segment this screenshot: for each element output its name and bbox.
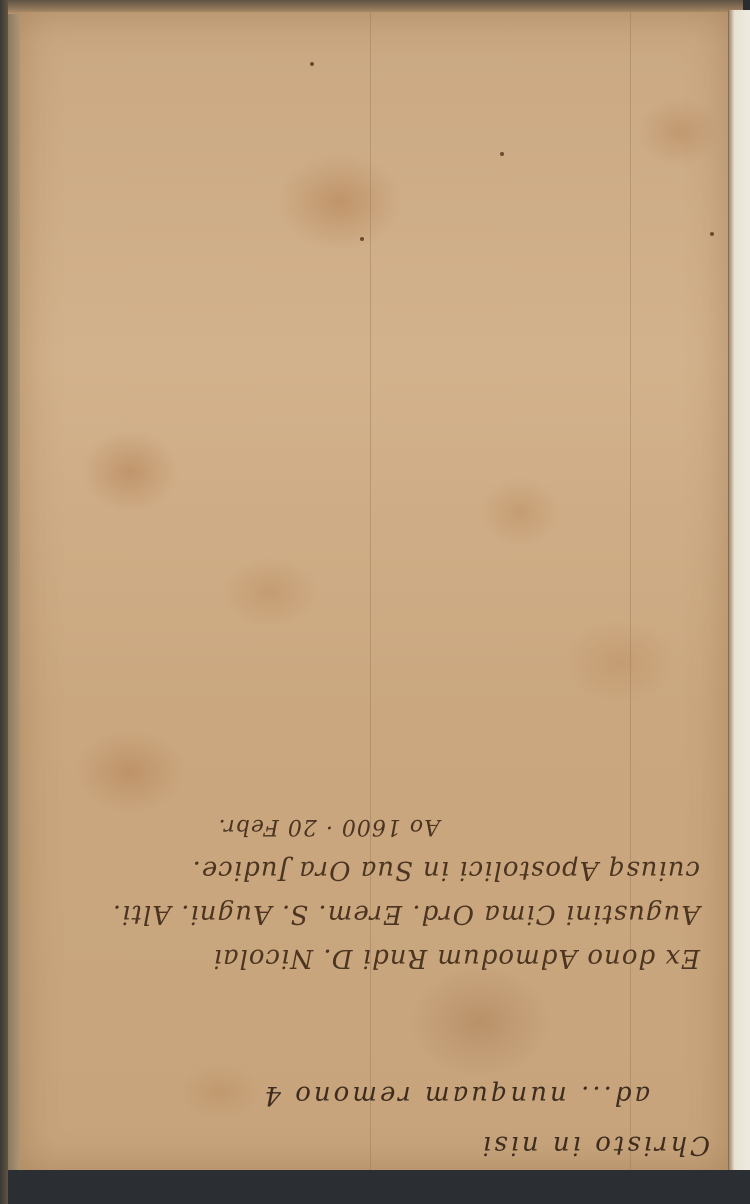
- inscription-line: Augustini Cima Ord. Erem. S. Augni. Alti…: [40, 892, 700, 936]
- inscription-date: Ao 1600 · 20 Febr.: [40, 804, 700, 848]
- manuscript-page: [20, 12, 728, 1172]
- ink-speck: [710, 232, 714, 236]
- ownership-inscription: Ex dono Admodum Rndi D. Nicolai Augustin…: [40, 790, 700, 980]
- ink-speck: [500, 152, 504, 156]
- note-line: ad... nunquam remono 4: [150, 1070, 710, 1120]
- inscription-line: Ex dono Admodum Rndi D. Nicolai: [40, 936, 700, 980]
- ink-speck: [310, 62, 314, 66]
- ink-speck: [360, 237, 364, 241]
- handwritten-note: Christo in nisi ad... nunquam remono 4: [150, 1050, 710, 1170]
- inscription-line: cuiusq Apostolici in Sua Ora Judice.: [40, 848, 700, 892]
- note-line: Christo in nisi: [150, 1120, 710, 1170]
- paper-crease: [370, 12, 371, 1172]
- facing-leaf-edge: [728, 10, 750, 1170]
- scan-background: Ex dono Admodum Rndi D. Nicolai Augustin…: [0, 0, 750, 1204]
- paper-crease: [630, 12, 631, 1172]
- scan-bottom-shadow: [8, 1170, 750, 1204]
